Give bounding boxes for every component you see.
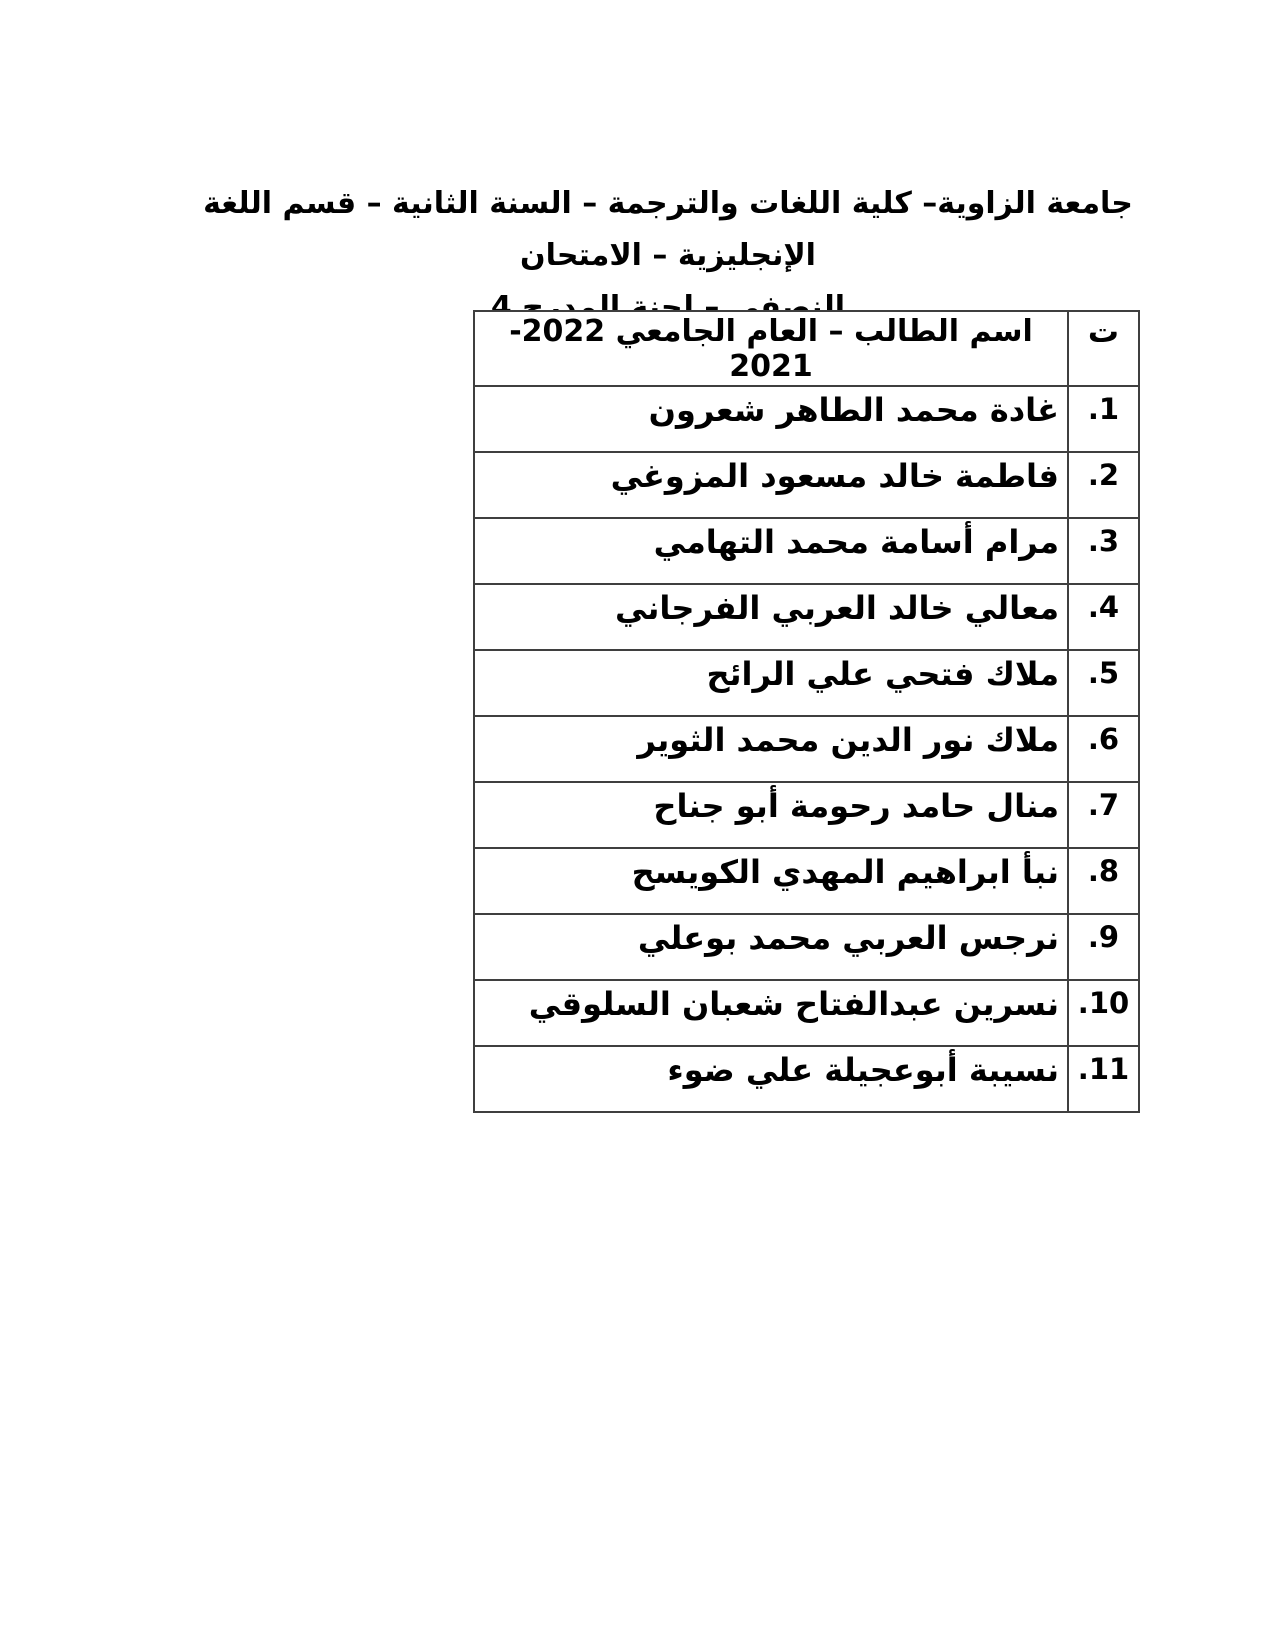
table-row: 2. فاطمة خالد مسعود المزوغي (474, 452, 1139, 518)
student-name-cell: ملاك نور الدين محمد الثوير (474, 716, 1068, 782)
student-name-cell: ملاك فتحي علي الرائح (474, 650, 1068, 716)
serial-column-header: ت (1068, 311, 1139, 386)
table-header-row: ت اسم الطالب – العام الجامعي 2022-2021 (474, 311, 1139, 386)
name-column-header: اسم الطالب – العام الجامعي 2022-2021 (474, 311, 1068, 386)
serial-cell: 9. (1068, 914, 1139, 980)
student-name-cell: نبأ ابراهيم المهدي الكويسح (474, 848, 1068, 914)
serial-cell: 1. (1068, 386, 1139, 452)
table-row: 4. معالي خالد العربي الفرجاني (474, 584, 1139, 650)
serial-cell: 3. (1068, 518, 1139, 584)
table-row: 8. نبأ ابراهيم المهدي الكويسح (474, 848, 1139, 914)
serial-cell: 6. (1068, 716, 1139, 782)
student-name-cell: نسرين عبدالفتاح شعبان السلوقي (474, 980, 1068, 1046)
serial-cell: 10. (1068, 980, 1139, 1046)
serial-cell: 8. (1068, 848, 1139, 914)
student-table: ت اسم الطالب – العام الجامعي 2022-2021 1… (473, 310, 1140, 1113)
student-name-cell: معالي خالد العربي الفرجاني (474, 584, 1068, 650)
table-row: 5. ملاك فتحي علي الرائح (474, 650, 1139, 716)
table-row: 3. مرام أسامة محمد التهامي (474, 518, 1139, 584)
table-row: 1. غادة محمد الطاهر شعرون (474, 386, 1139, 452)
table-row: 6. ملاك نور الدين محمد الثوير (474, 716, 1139, 782)
student-name-cell: منال حامد رحومة أبو جناح (474, 782, 1068, 848)
student-name-cell: مرام أسامة محمد التهامي (474, 518, 1068, 584)
serial-cell: 4. (1068, 584, 1139, 650)
table-row: 11. نسيبة أبوعجيلة علي ضوء (474, 1046, 1139, 1112)
document-page: جامعة الزاوية– كلية اللغات والترجمة – ال… (0, 0, 1275, 1650)
student-name-cell: فاطمة خالد مسعود المزوغي (474, 452, 1068, 518)
student-name-cell: غادة محمد الطاهر شعرون (474, 386, 1068, 452)
table-row: 9. نرجس العربي محمد بوعلي (474, 914, 1139, 980)
serial-cell: 5. (1068, 650, 1139, 716)
serial-cell: 7. (1068, 782, 1139, 848)
table-row: 10. نسرين عبدالفتاح شعبان السلوقي (474, 980, 1139, 1046)
serial-cell: 11. (1068, 1046, 1139, 1112)
serial-cell: 2. (1068, 452, 1139, 518)
table-row: 7. منال حامد رحومة أبو جناح (474, 782, 1139, 848)
student-name-cell: نرجس العربي محمد بوعلي (474, 914, 1068, 980)
document-title-line1: جامعة الزاوية– كلية اللغات والترجمة – ال… (198, 178, 1138, 282)
student-name-cell: نسيبة أبوعجيلة علي ضوء (474, 1046, 1068, 1112)
